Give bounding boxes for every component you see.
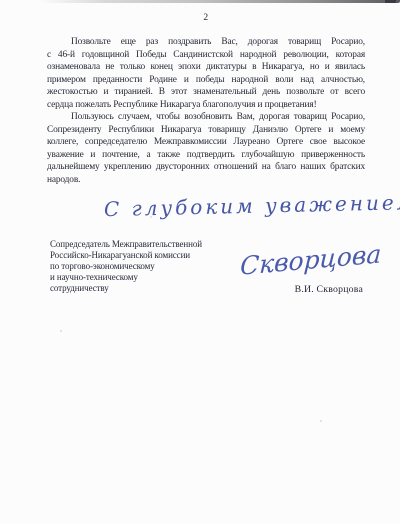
handwritten-closing: С глубоким уважением [104, 191, 380, 227]
scan-speckle [320, 420, 322, 422]
letter-line: с 46-й годовщиной Победы Сандинистской н… [47, 49, 365, 62]
signature-scribble: Скворцова [239, 240, 370, 281]
signer-name: В.И. Скворцова [238, 284, 363, 295]
letter-line: ознаменовала не только конец эпохи дикта… [47, 61, 365, 74]
signer-title-line: по торгово-экономическому [50, 261, 235, 272]
signer-title-line: Российско-Никарагуанской комиссии [50, 250, 235, 261]
paragraph: Позвольте еще раз поздравить Вас, дорога… [47, 36, 365, 111]
scan-corner-mark [385, 0, 396, 3]
letter-line: народов. [47, 174, 365, 187]
letter-line: дальнейшему укреплению двусторонних отно… [47, 161, 365, 174]
letter-line: Пользуюсь случаем, чтобы возобновить Вам… [47, 111, 365, 124]
letter-line: сердца пожелать Республике Никарагуа бла… [47, 99, 365, 112]
letter-line: примером преданности Родине и победы нар… [47, 74, 365, 87]
letter-line: Сопрезиденту Республики Никарагуа товари… [47, 124, 365, 137]
page-number: 2 [47, 13, 365, 23]
signer-title-line: сотрудничеству [50, 283, 235, 294]
scan-speckle [150, 216, 152, 218]
scan-edge-artifact [40, 0, 400, 3]
letter-body: Позвольте еще раз поздравить Вас, дорога… [47, 36, 365, 186]
letter-line: жестокостью и тиранией. В этот знаменате… [47, 86, 365, 99]
handwritten-closing-text: С глубоким уважением [104, 190, 400, 221]
letter-line: Позвольте еще раз поздравить Вас, дорога… [47, 36, 365, 49]
signer-title-block: Сопредседатель Межправительственной Росс… [50, 239, 235, 294]
scanned-letter-page: 2 Позвольте еще раз поздравить Вас, доро… [0, 0, 400, 524]
letter-line: коллеге, сопредседателю Межправкомиссии … [47, 136, 365, 149]
signer-title-line: Сопредседатель Межправительственной [50, 239, 235, 250]
scan-speckle [60, 330, 62, 332]
signer-title-line: и научно-техническому [50, 272, 235, 283]
paragraph: Пользуюсь случаем, чтобы возобновить Вам… [47, 111, 365, 186]
letter-line: уважение и почтение, а также подтвердить… [47, 149, 365, 162]
